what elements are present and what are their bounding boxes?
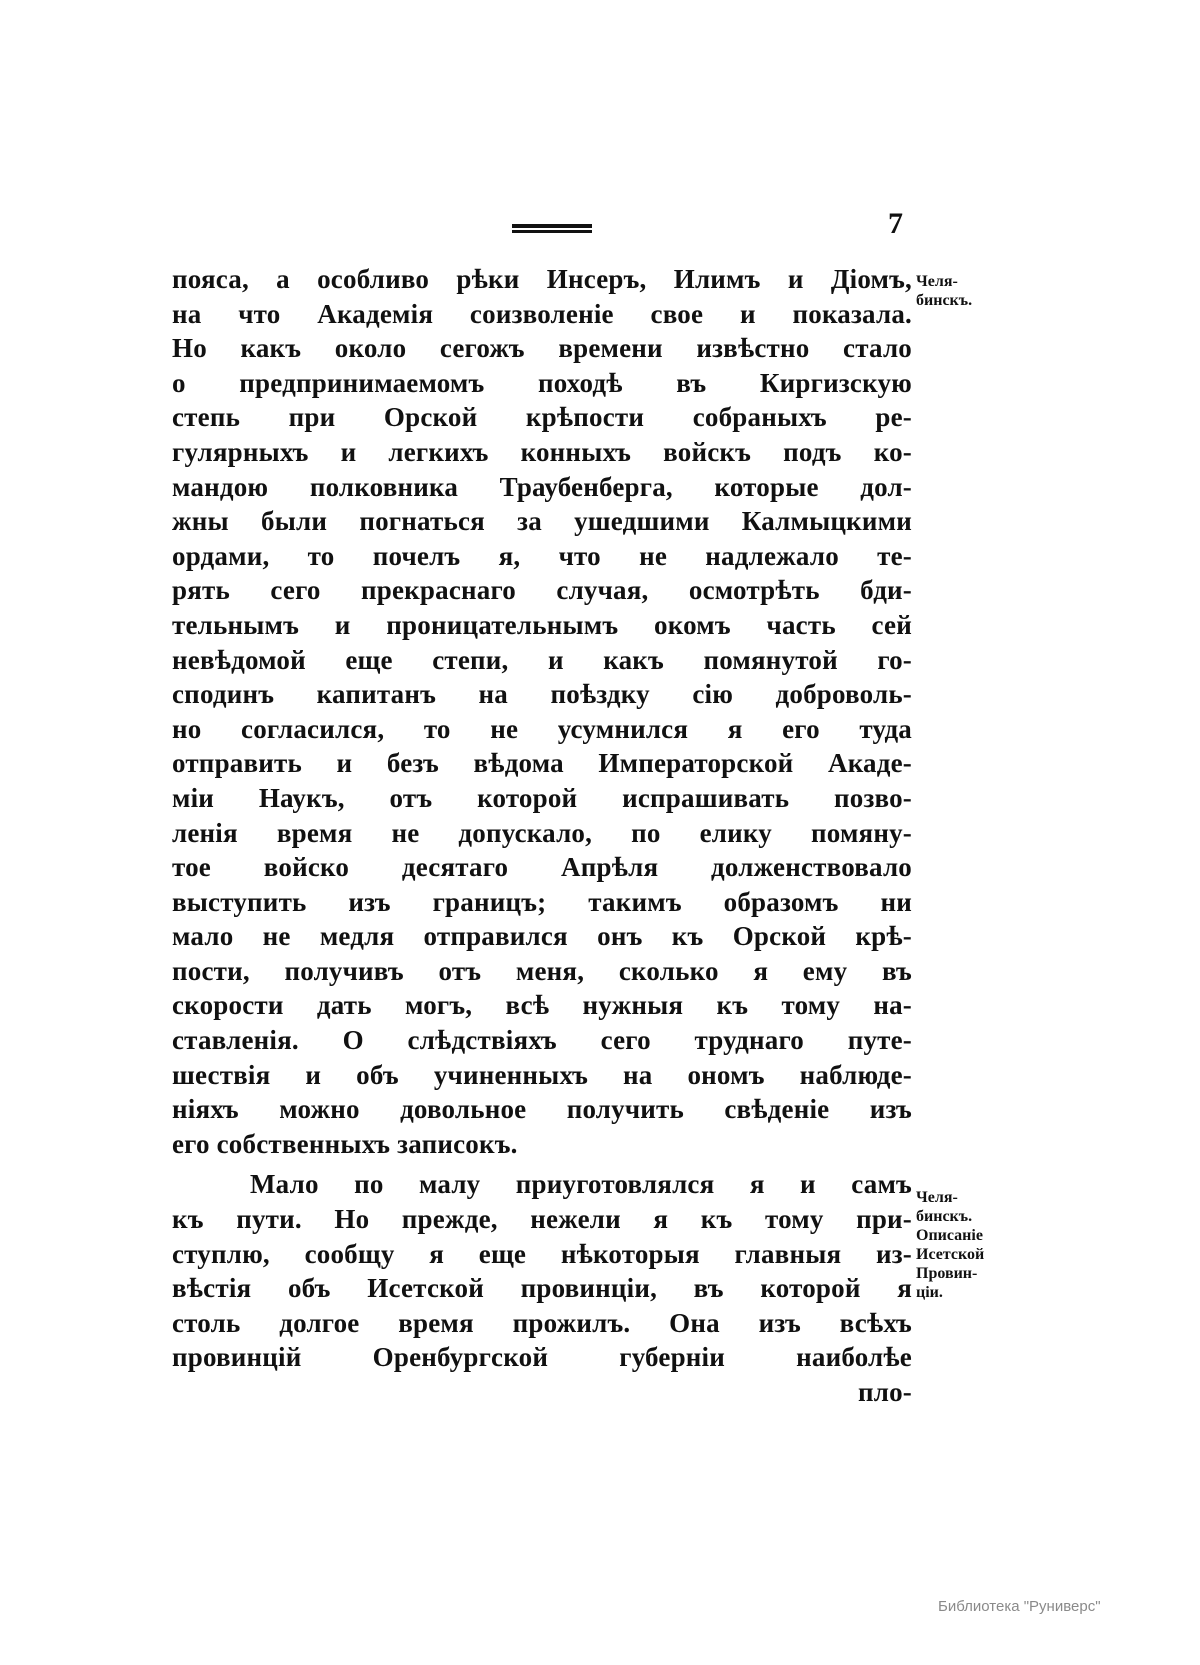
body-text: пояса, а особливо рѣки Инсеръ, Илимъ и Д…: [172, 262, 912, 1410]
text-line: Но какъ около сегожъ времени извѣстно ст…: [172, 331, 912, 366]
text-line: его собственныхъ записокъ.: [172, 1127, 912, 1162]
margin-note-iset-province: Челя- бинскъ. Описаніе Исетской Провин- …: [916, 1188, 984, 1302]
text-line: скорости дать могъ, всѣ нужныя къ тому н…: [172, 988, 912, 1023]
text-line: пояса, а особливо рѣки Инсеръ, Илимъ и Д…: [172, 262, 912, 297]
text-line: мало не медля отправился онъ къ Орской к…: [172, 919, 912, 954]
text-line: степь при Орской крѣпости собраныхъ ре-: [172, 400, 912, 435]
margin-note-line: бинскъ.: [916, 291, 972, 310]
margin-note-chelyabinsk: Челя- бинскъ.: [916, 272, 972, 310]
text-line: на что Академія соизволеніе свое и показ…: [172, 297, 912, 332]
text-line: провинцій Оренбургской губерніи наиболѣе: [172, 1340, 912, 1375]
text-line: жны были погнаться за ушедшими Калмыцким…: [172, 504, 912, 539]
text-line: ставленія. О слѣдствіяхъ сего труднаго п…: [172, 1023, 912, 1058]
text-line: шествія и объ учиненныхъ на ономъ наблюд…: [172, 1058, 912, 1093]
margin-note-line: Исетской: [916, 1245, 984, 1264]
text-line: рять сего прекраснаго случая, осмотрѣть …: [172, 573, 912, 608]
text-line: о предпринимаемомъ походѣ въ Киргизскую: [172, 366, 912, 401]
document-page: 7 пояса, а особливо рѣки Инсеръ, Илимъ и…: [0, 0, 1200, 1665]
text-line: невѣдомой еще степи, и какъ помянутой го…: [172, 643, 912, 678]
text-line: но согласился, то не усумнился я его туд…: [172, 712, 912, 747]
catchword: пло-: [172, 1375, 912, 1410]
text-line: пости, получивъ отъ меня, сколько я ему …: [172, 954, 912, 989]
text-line: тельнымъ и проницательнымъ окомъ часть с…: [172, 608, 912, 643]
margin-note-line: Челя-: [916, 272, 972, 291]
text-line: вѣстія объ Исетской провинціи, въ которо…: [172, 1271, 912, 1306]
text-line: ордами, то почелъ я, что не надлежало те…: [172, 539, 912, 574]
library-watermark: Библиотека "Руниверс": [938, 1598, 1101, 1615]
page-number: 7: [888, 207, 903, 241]
margin-note-line: Провин-: [916, 1264, 984, 1283]
text-line: мандою полковника Траубенберга, которые …: [172, 470, 912, 505]
text-line: сподинъ капитанъ на поѣздку сію добровол…: [172, 677, 912, 712]
paragraph-start-line: Мало по малу приуготовлялся я и самъ: [172, 1167, 912, 1202]
margin-note-line: Челя-: [916, 1188, 984, 1207]
text-line: выступить изъ границъ; такимъ образомъ н…: [172, 885, 912, 920]
text-line: міи Наукъ, отъ которой испрашивать позво…: [172, 781, 912, 816]
text-line: отправить и безъ вѣдома Императорской Ак…: [172, 746, 912, 781]
text-line: къ пути. Но прежде, нежели я къ тому при…: [172, 1202, 912, 1237]
text-line: тое войско десятаго Апрѣля долженствовал…: [172, 850, 912, 885]
text-line: столь долгое время прожилъ. Она изъ всѣх…: [172, 1306, 912, 1341]
margin-note-line: ціи.: [916, 1283, 984, 1302]
text-line: ніяхъ можно довольное получить свѣденіе …: [172, 1092, 912, 1127]
margin-note-line: бинскъ.: [916, 1207, 984, 1226]
header-ornament-rule: [512, 224, 592, 234]
text-line: ленія время не допускало, по елику помян…: [172, 816, 912, 851]
text-line: ступлю, сообщу я еще нѣкоторыя главныя и…: [172, 1237, 912, 1272]
margin-note-line: Описаніе: [916, 1226, 984, 1245]
text-line: гулярныхъ и легкихъ конныхъ войскъ подъ …: [172, 435, 912, 470]
